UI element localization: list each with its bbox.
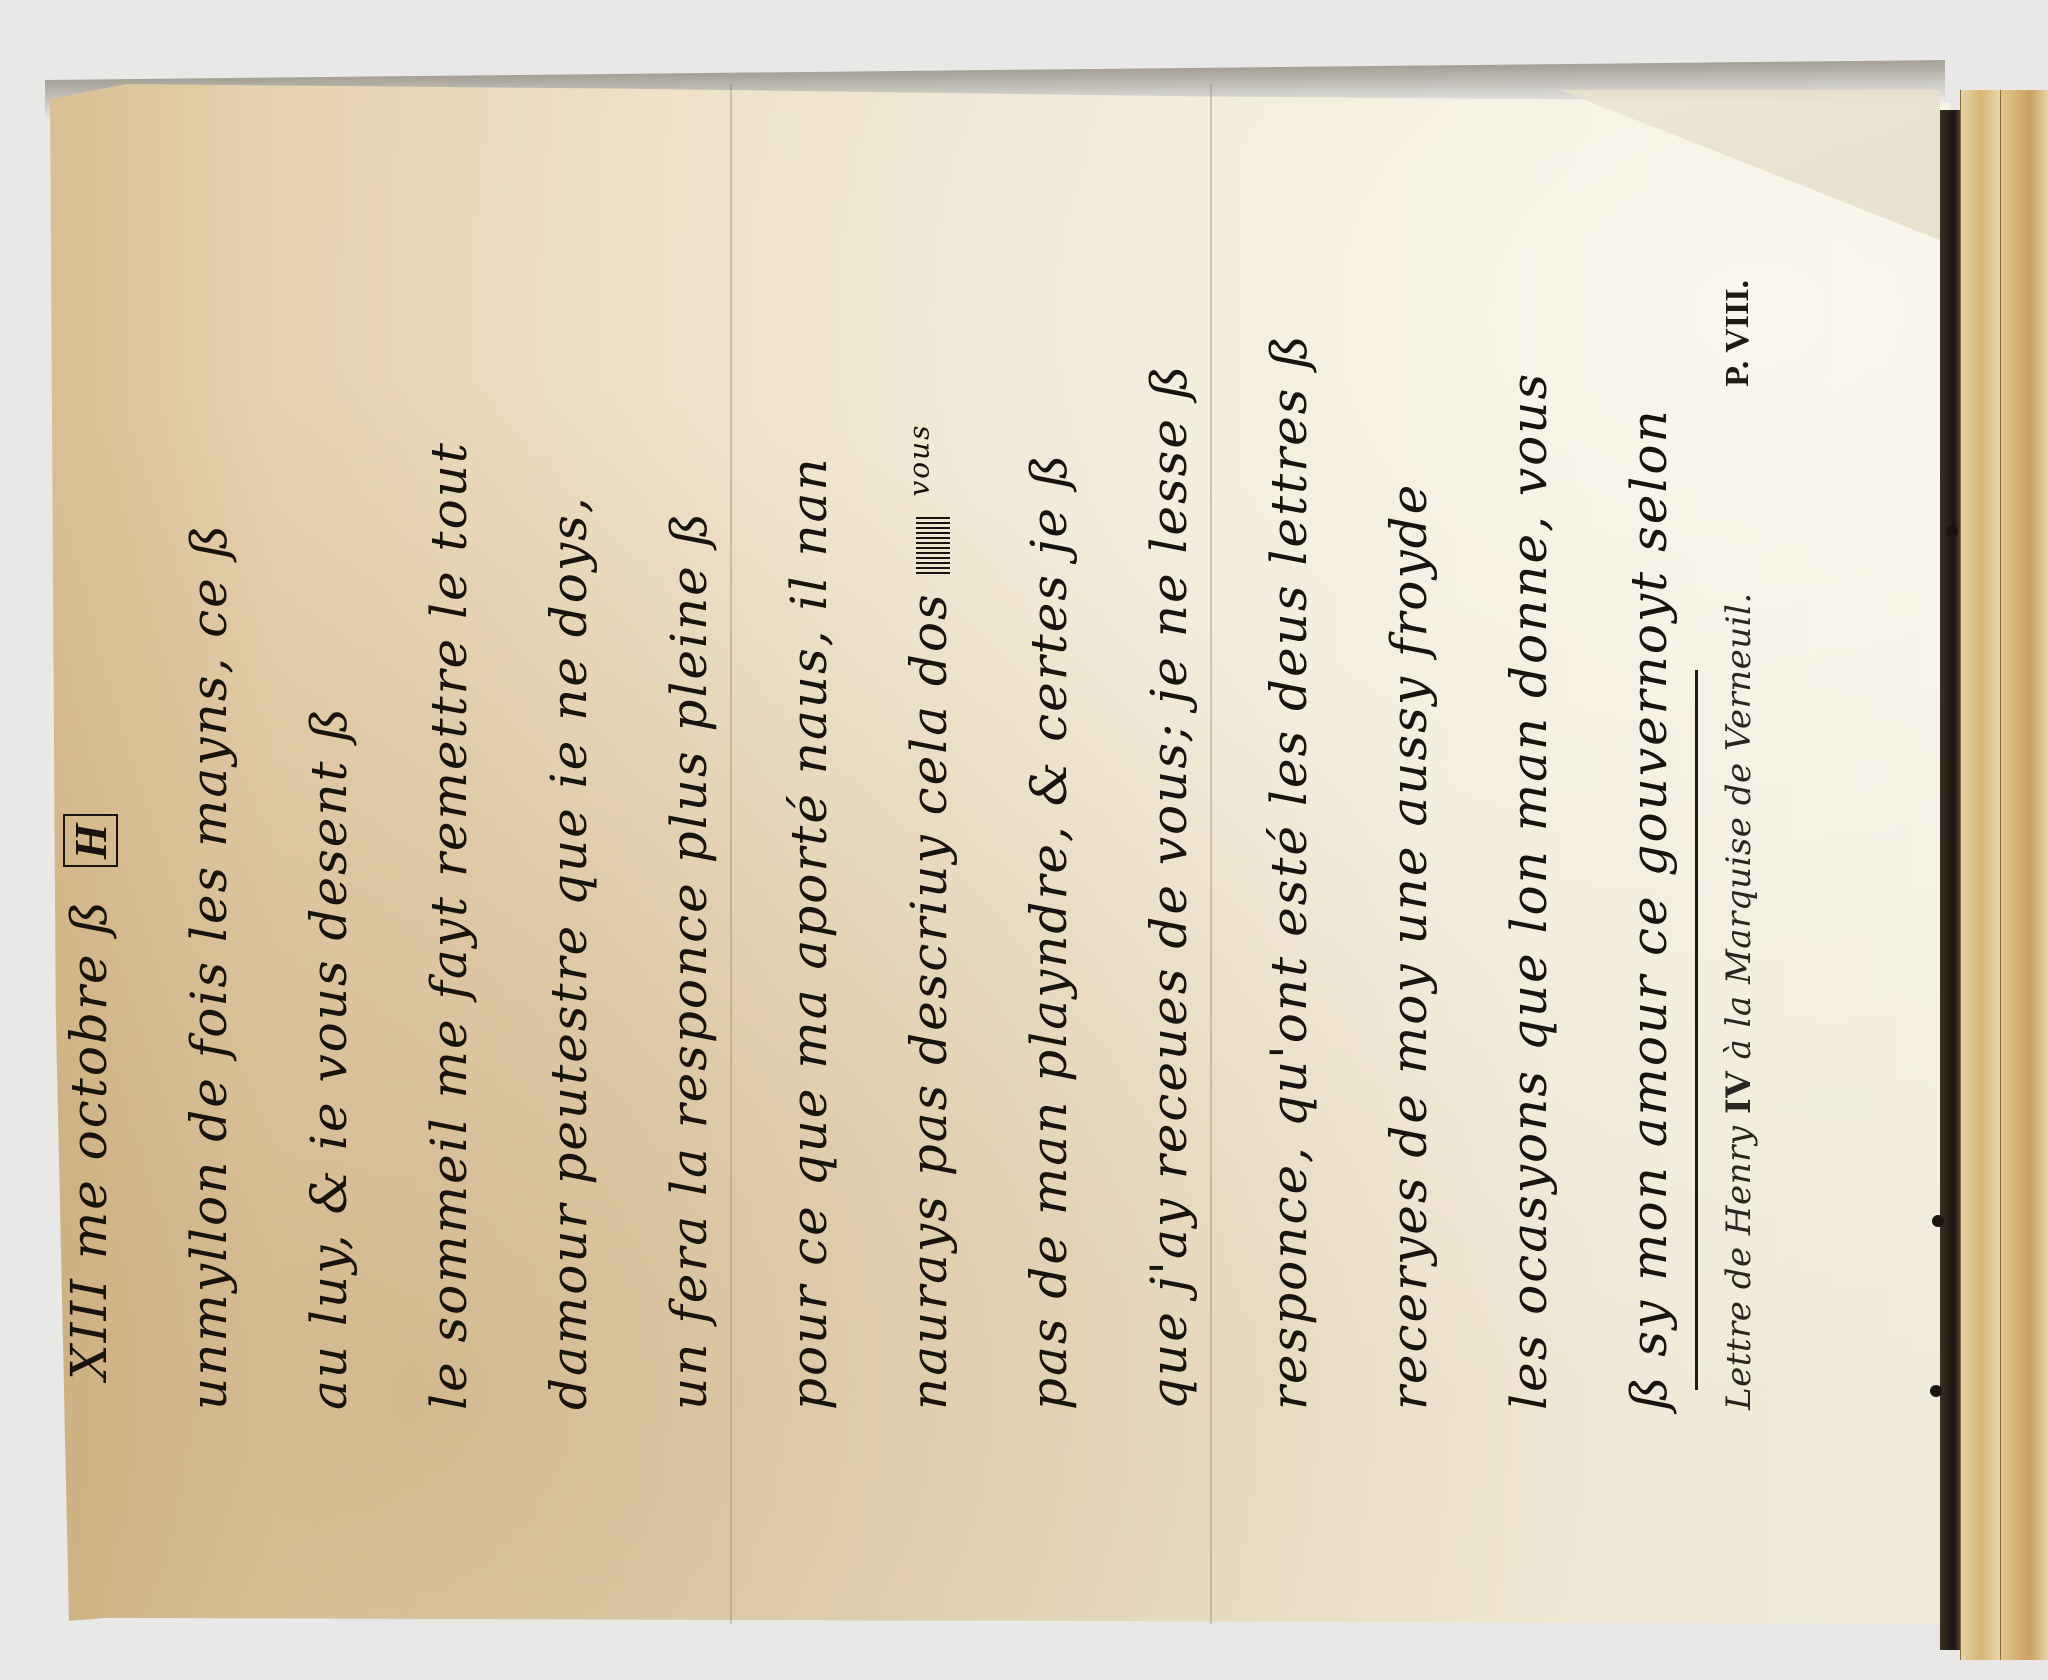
letter-line-text: naurays pas descriuy cela dos bbox=[900, 592, 958, 1410]
stitch-hole-icon bbox=[1930, 1385, 1942, 1397]
title-prefix: Lettre de Henry bbox=[1719, 1114, 1759, 1410]
letter-line: unmyllon de fois les mayns, ce ß bbox=[180, 523, 238, 1410]
letter-line: pour ce que ma aporté naus, il nan bbox=[780, 456, 838, 1410]
inserted-word: vous bbox=[902, 423, 935, 496]
letter-date: XIII me octobre ß bbox=[60, 899, 118, 1380]
letter-line: un fera la responce plus pleine ß bbox=[660, 511, 718, 1410]
letter-line-with-correction: naurays pas descriuy cela dos vous bbox=[900, 423, 958, 1410]
letter-title: Lettre de Henry IV à la Marquise de Vern… bbox=[1719, 592, 1759, 1410]
letter-line: responce, qu'ont esté les deus lettres ß bbox=[1260, 333, 1318, 1410]
letter-line: au luy, & ie vous desent ß bbox=[300, 706, 358, 1410]
binding-leaf bbox=[1960, 90, 2001, 1660]
letter-line: ß sy mon amour ce gouvernoyt selon bbox=[1620, 408, 1678, 1410]
letter-line: damour peutestre que ie ne doys, bbox=[540, 495, 598, 1410]
letter-line: que j'ay receues de vous; je ne lesse ß bbox=[1140, 364, 1198, 1410]
letter-text-block: Lettre de Henry IV à la Marquise de Vern… bbox=[160, 260, 1860, 1410]
letter-line: le sommeil me fayt remettre le tout bbox=[420, 441, 478, 1410]
stitch-hole-icon bbox=[1946, 525, 1958, 537]
title-underline bbox=[1695, 670, 1698, 1390]
letter-line: pas de man playndre, & certes je ß bbox=[1020, 453, 1078, 1410]
stitch-hole-icon bbox=[1932, 1215, 1944, 1227]
letter-date-line: XIII me octobre ß H bbox=[60, 814, 118, 1380]
signature-monogram: H bbox=[63, 814, 118, 868]
page-reference: P. VIII. bbox=[1719, 280, 1757, 387]
binding-leaf bbox=[2000, 90, 2048, 1660]
letter-header: Lettre de Henry IV à la Marquise de Vern… bbox=[1715, 260, 1775, 1410]
struck-out-word bbox=[916, 514, 950, 574]
letter-line: receryes de moy une aussy froyde bbox=[1380, 483, 1438, 1410]
title-suffix: à la Marquise de Verneuil. bbox=[1719, 592, 1759, 1071]
title-roman: IV bbox=[1719, 1071, 1759, 1114]
letter-line: les ocasyons que lon man donne, vous bbox=[1500, 372, 1558, 1410]
